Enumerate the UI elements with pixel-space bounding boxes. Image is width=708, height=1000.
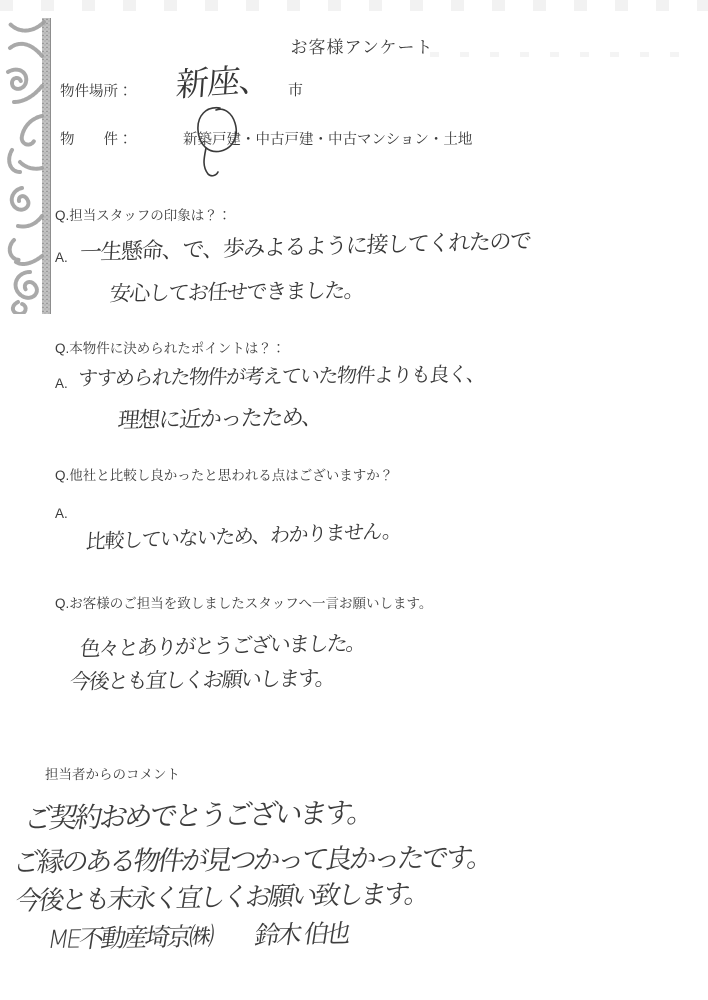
- question-4: Q.お客様のご担当を致しましたスタッフへ一言お願いします。: [55, 592, 432, 612]
- answer-label-3: A.: [55, 506, 68, 521]
- circled-option-mark: [190, 104, 250, 178]
- scan-noise-top: [0, 0, 708, 11]
- answer-2-line-1: すすめられた物件が考えていた物件よりも良く、: [77, 358, 487, 391]
- staff-signature: ME不動産埼京㈱ 鈴木 伯也: [45, 914, 351, 956]
- answer-4-line-1: 色々とありがとうございました。: [79, 627, 367, 663]
- location-suffix: 市: [288, 79, 303, 100]
- answer-2-line-2: 理想に近かったため、: [117, 400, 324, 435]
- answer-label-1: A.: [55, 250, 68, 265]
- question-3: Q.他社と比較し良かったと思われる点はございますか？: [55, 464, 393, 484]
- location-handwritten-value: 新座、: [174, 53, 272, 107]
- answer-1-line-2: 安心してお任せできました。: [109, 274, 365, 308]
- property-label: 物 件：: [60, 128, 133, 149]
- question-2: Q.本物件に決められたポイントは？：: [55, 337, 285, 357]
- question-1: Q.担当スタッフの印象は？：: [55, 204, 231, 224]
- page-title: お客様アンケート: [0, 33, 708, 58]
- staff-comment-label: 担当者からのコメント: [45, 763, 180, 783]
- survey-paper: お客様アンケート 物件場所： 新座、 市 物 件： 新築戸建・中古戸建・中古マン…: [0, 0, 708, 1000]
- staff-comment-line-3: 今後とも末永く宜しくお願い致します。: [13, 873, 431, 917]
- answer-1-line-1: 一生懸命、で、歩みよるように接してくれたので: [79, 224, 531, 267]
- location-label: 物件場所：: [60, 80, 133, 101]
- answer-3-line-1: 比較していないため、わかりません。: [85, 514, 402, 554]
- ornamental-border: [2, 18, 60, 314]
- answer-4-line-2: 今後とも宜しくお願いします。: [68, 662, 336, 696]
- staff-comment-line-1: ご契約おめでとうございます。: [22, 791, 376, 837]
- answer-label-2: A.: [55, 376, 68, 391]
